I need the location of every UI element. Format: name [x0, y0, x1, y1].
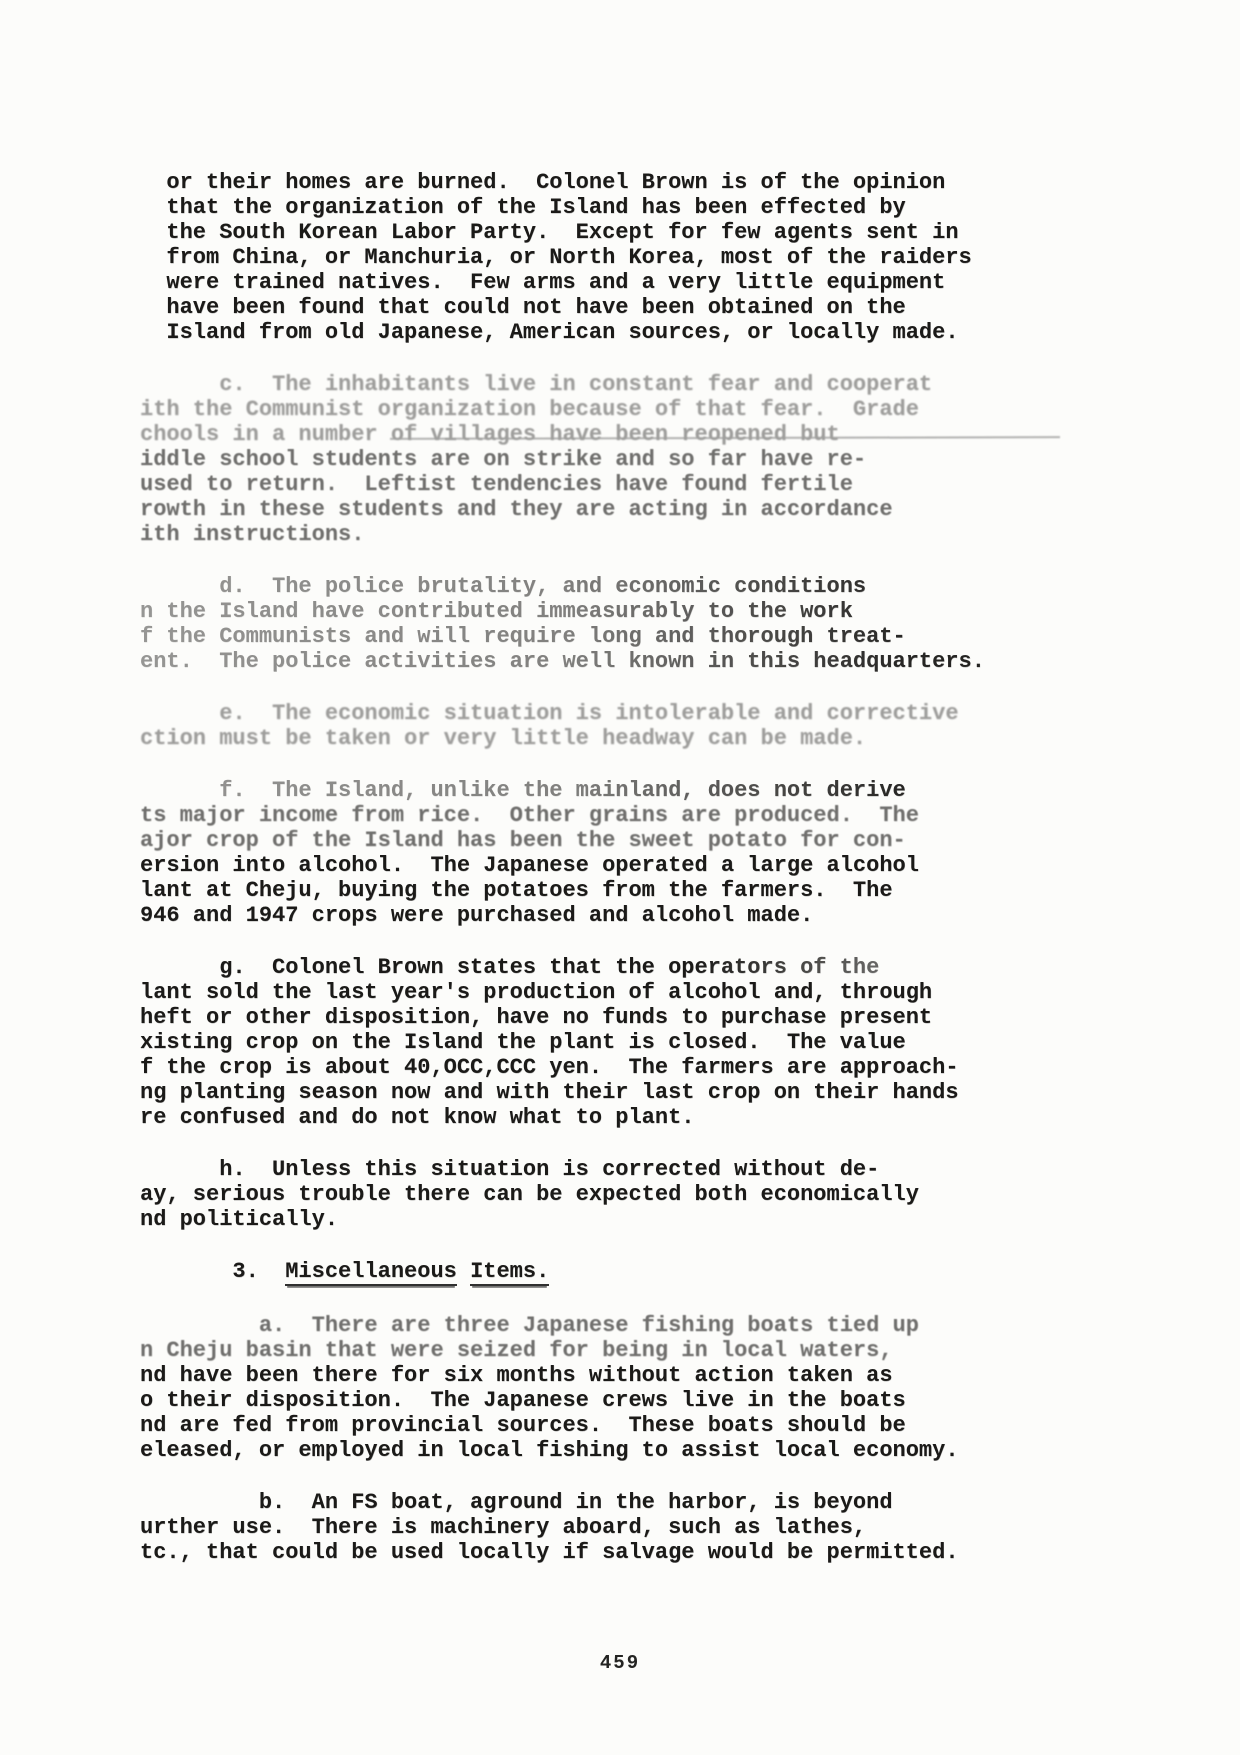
text-line: e. The economic situation is intolerable…: [140, 701, 1200, 726]
text-line: ith instructions.: [140, 522, 1200, 547]
text-line: g. Colonel Brown states that the operato…: [140, 955, 1200, 980]
text-line: nd are fed from provincial sources. Thes…: [140, 1413, 1200, 1438]
text-line: re confused and do not know what to plan…: [140, 1105, 1200, 1130]
section-3-heading: 3. Miscellaneous Items.: [140, 1259, 1200, 1286]
text-line: o their disposition. The Japanese crews …: [140, 1388, 1200, 1413]
para-d: d. The police brutality, and economic co…: [140, 574, 1200, 674]
document-text-block: or their homes are burned. Colonel Brown…: [140, 170, 1200, 1592]
text-line: ith the Communist organization because o…: [140, 397, 1200, 422]
text-line: ction must be taken or very little headw…: [140, 726, 1200, 751]
text-line: ng planting season now and with their la…: [140, 1080, 1200, 1105]
section-title-word: Miscellaneous: [285, 1259, 457, 1286]
text-line: c. The inhabitants live in constant fear…: [140, 372, 1200, 397]
text-line: ay, serious trouble there can be expecte…: [140, 1182, 1200, 1207]
text-line: were trained natives. Few arms and a ver…: [140, 270, 1200, 295]
text-line: ajor crop of the Island has been the swe…: [140, 828, 1200, 853]
text-line: have been found that could not have been…: [140, 295, 1200, 320]
text-line: that the organization of the Island has …: [140, 195, 1200, 220]
text-line: f. The Island, unlike the mainland, does…: [140, 778, 1200, 803]
text-line: urther use. There is machinery aboard, s…: [140, 1515, 1200, 1540]
text-line: nd politically.: [140, 1207, 1200, 1232]
text-line: iddle school students are on strike and …: [140, 447, 1200, 472]
text-line: ersion into alcohol. The Japanese operat…: [140, 853, 1200, 878]
text-line: used to return. Leftist tendencies have …: [140, 472, 1200, 497]
text-line: the South Korean Labor Party. Except for…: [140, 220, 1200, 245]
text-line: rowth in these students and they are act…: [140, 497, 1200, 522]
text-line: ent. The police activities are well know…: [140, 649, 1200, 674]
section-title-word: Items.: [470, 1259, 549, 1286]
text-line: eleased, or employed in local fishing to…: [140, 1438, 1200, 1463]
para-c: c. The inhabitants live in constant fear…: [140, 372, 1200, 547]
text-line: f the Communists and will require long a…: [140, 624, 1200, 649]
text-line: h. Unless this situation is corrected wi…: [140, 1157, 1200, 1182]
page-number: 459: [0, 1652, 1240, 1674]
text-line: ts major income from rice. Other grains …: [140, 803, 1200, 828]
text-line: from China, or Manchuria, or North Korea…: [140, 245, 1200, 270]
text-line: d. The police brutality, and economic co…: [140, 574, 1200, 599]
para-3b: b. An FS boat, aground in the harbor, is…: [140, 1490, 1200, 1565]
text-line: xisting crop on the Island the plant is …: [140, 1030, 1200, 1055]
text-line: heft or other disposition, have no funds…: [140, 1005, 1200, 1030]
text-line: lant at Cheju, buying the potatoes from …: [140, 878, 1200, 903]
text-line: Island from old Japanese, American sourc…: [140, 320, 1200, 345]
scanned-document-page: or their homes are burned. Colonel Brown…: [0, 0, 1240, 1755]
para-g: g. Colonel Brown states that the operato…: [140, 955, 1200, 1130]
text-line: n Cheju basin that were seized for being…: [140, 1338, 1200, 1363]
section-number: 3.: [140, 1259, 285, 1284]
text-line: tc., that could be used locally if salva…: [140, 1540, 1200, 1565]
para-f: f. The Island, unlike the mainland, does…: [140, 778, 1200, 928]
para-continuation: or their homes are burned. Colonel Brown…: [140, 170, 1200, 345]
text-line: nd have been there for six months withou…: [140, 1363, 1200, 1388]
text-line: or their homes are burned. Colonel Brown…: [140, 170, 1200, 195]
para-e: e. The economic situation is intolerable…: [140, 701, 1200, 751]
text-line: b. An FS boat, aground in the harbor, is…: [140, 1490, 1200, 1515]
para-h: h. Unless this situation is corrected wi…: [140, 1157, 1200, 1232]
para-3a: a. There are three Japanese fishing boat…: [140, 1313, 1200, 1463]
section-heading-line: 3. Miscellaneous Items.: [140, 1259, 1200, 1286]
text-line: chools in a number of villages have been…: [140, 422, 1200, 447]
text-line: lant sold the last year's production of …: [140, 980, 1200, 1005]
text-line: n the Island have contributed immeasurab…: [140, 599, 1200, 624]
text-line: a. There are three Japanese fishing boat…: [140, 1313, 1200, 1338]
text-line: 946 and 1947 crops were purchased and al…: [140, 903, 1200, 928]
text-line: f the crop is about 40,OCC,CCC yen. The …: [140, 1055, 1200, 1080]
